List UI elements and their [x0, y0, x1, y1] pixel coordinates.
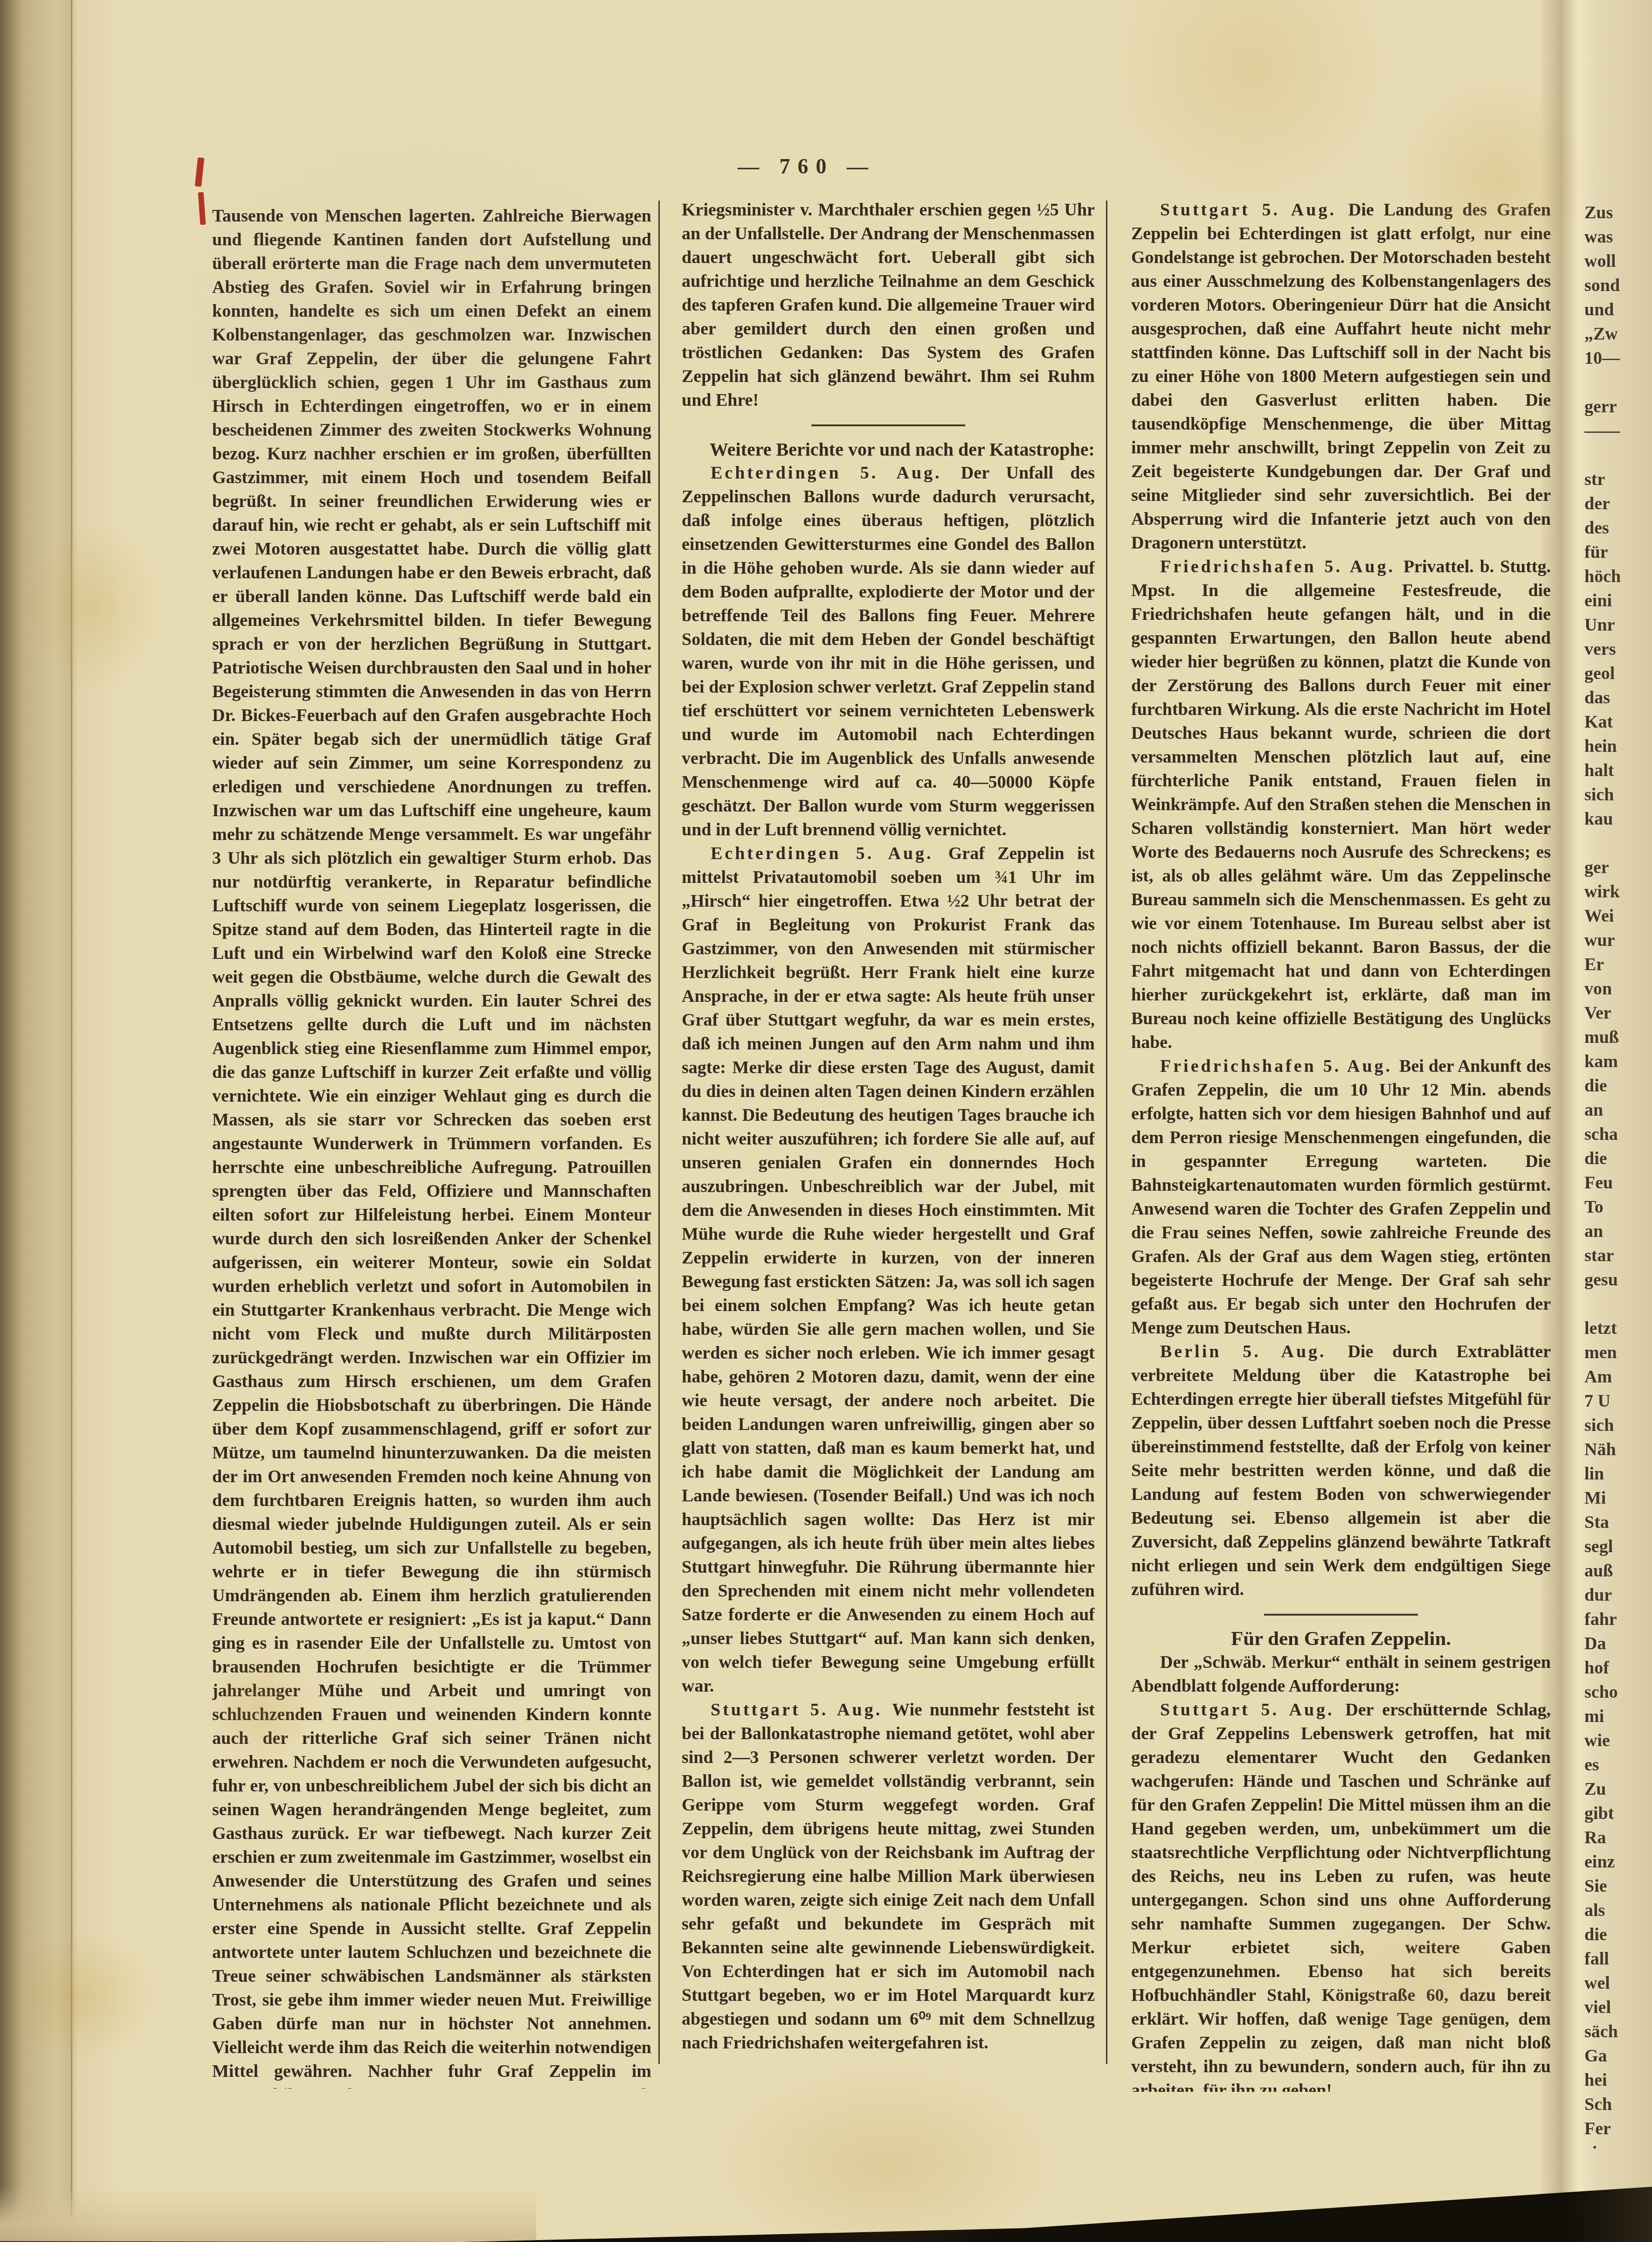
column-rule-1: [658, 201, 660, 2064]
next-page-text-sliver: Zus was woll sond und „Zw 10— gerr —— st…: [1584, 201, 1652, 2150]
page-number: — 760 —: [709, 154, 905, 179]
paragraph: Friedrichshafen 5. Aug. Privattel. b. St…: [1131, 555, 1551, 1055]
page-stack-bottom-edge: [0, 2183, 536, 2242]
paragraph: Tausende von Menschen lagerten. Zahlreic…: [212, 204, 651, 2089]
paragraph: Stuttgart 5. Aug. Die Landung des Grafen…: [1131, 198, 1551, 555]
paragraph: Kriegsminister v. Marchthaler erschien g…: [682, 198, 1095, 412]
paragraph: Stuttgart 5. Aug. Wie nunmehr feststeht …: [682, 1698, 1095, 2055]
text-column-2: Kriegsminister v. Marchthaler erschien g…: [682, 198, 1095, 2092]
paragraph: Der „Schwäb. Merkur“ enthält in seinem g…: [1131, 1651, 1551, 1698]
paragraph: Weitere Berichte vor und nach der Katast…: [682, 437, 1095, 461]
paragraph: Friedrichshafen 5. Aug. Bei der Ankunft …: [1131, 1055, 1551, 1340]
red-ink-mark: [198, 192, 206, 225]
dateline: Stuttgart 5. Aug.: [711, 1700, 892, 1720]
column-rule-2: [1106, 201, 1107, 2064]
section-divider: [1264, 1614, 1418, 1616]
section-divider: [811, 424, 965, 426]
text-column-1: Tausende von Menschen lagerten. Zahlreic…: [212, 204, 651, 2089]
dateline: Stuttgart 5. Aug.: [1160, 1700, 1345, 1720]
text-column-3: Stuttgart 5. Aug. Die Landung des Grafen…: [1131, 198, 1551, 2092]
paragraph: Für den Grafen Zeppelin.: [1131, 1627, 1551, 1651]
dateline: Friedrichshafen 5. Aug.: [1160, 1056, 1399, 1076]
paragraph: Echterdingen 5. Aug. Graf Zeppelin ist m…: [682, 842, 1095, 1698]
paragraph: Berlin 5. Aug. Die durch Extrablätter ve…: [1131, 1340, 1551, 1602]
dateline: Friedrichshafen 5. Aug.: [1160, 557, 1403, 576]
dateline: Echterdingen 5. Aug.: [711, 844, 948, 863]
dateline: Berlin 5. Aug.: [1160, 1342, 1348, 1361]
red-ink-mark: [195, 157, 204, 187]
book-binding-edge: [0, 0, 77, 2242]
newspaper-scan-page: — 760 — Tausende von Menschen lagerten. …: [0, 0, 1652, 2242]
dateline: Echterdingen 5. Aug.: [711, 463, 961, 483]
page-crease-line: [71, 0, 72, 2242]
paragraph: Stuttgart 5. Aug. Der erschütternde Schl…: [1131, 1698, 1551, 2092]
dateline: Stuttgart 5. Aug.: [1160, 200, 1348, 220]
paragraph: Echterdingen 5. Aug. Der Unfall des Zepp…: [682, 461, 1095, 842]
